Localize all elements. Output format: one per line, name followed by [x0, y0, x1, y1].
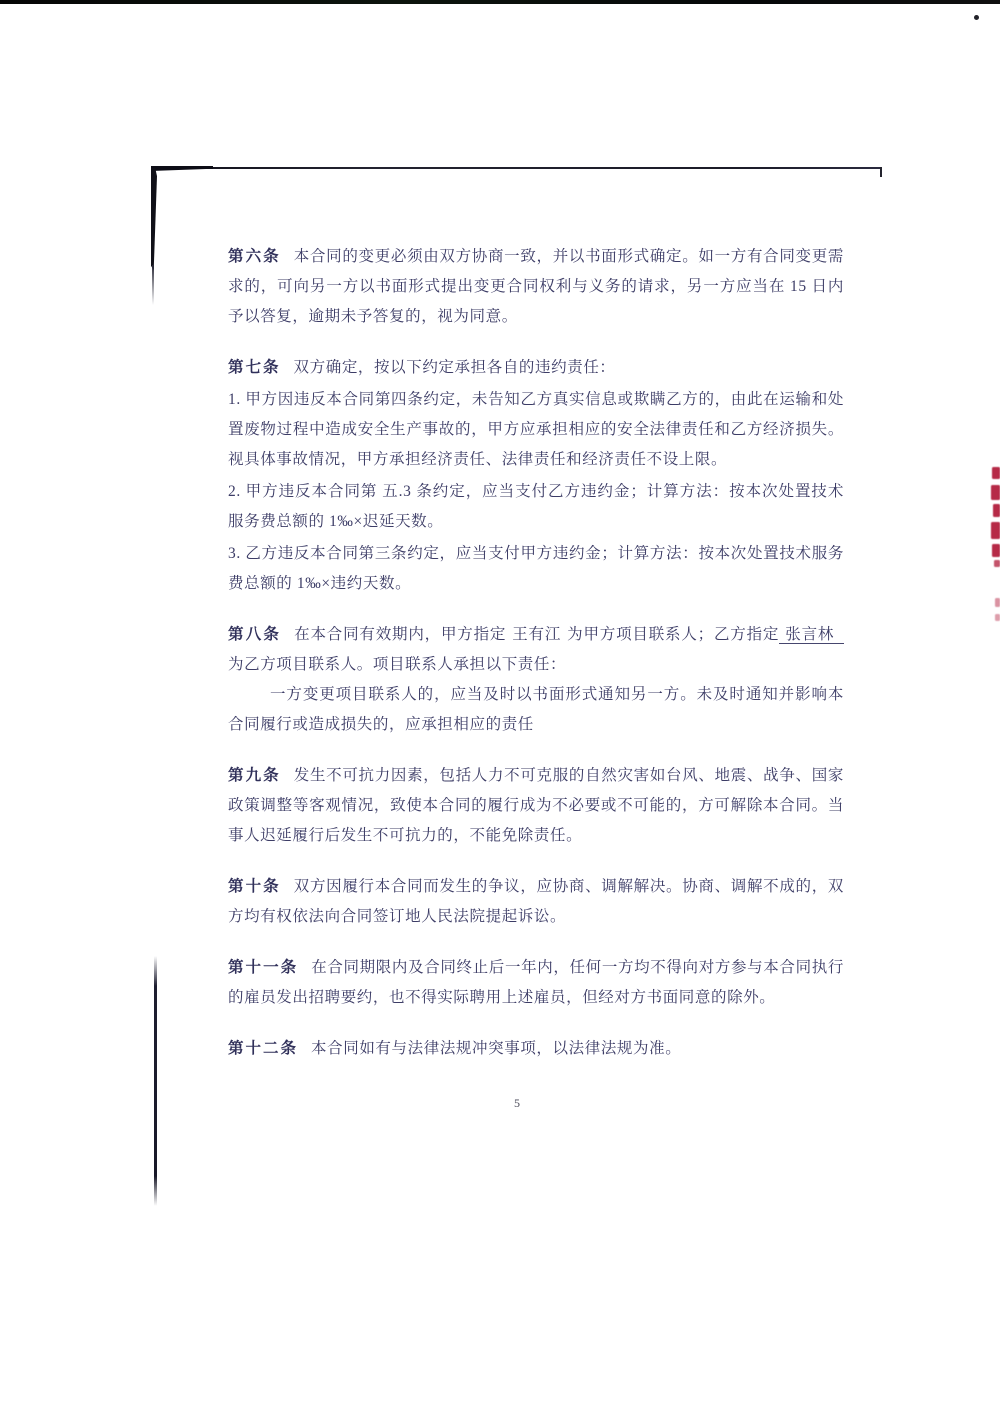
page-number: 5	[514, 1096, 520, 1111]
article-label: 第十条	[228, 878, 281, 895]
clause: 1. 甲方因违反本合同第四条约定，未告知乙方真实信息或欺瞒乙方的，由此在运输和处…	[228, 385, 844, 475]
page-frame-top-thick-segment	[151, 166, 213, 171]
red-stamp-fragment	[994, 560, 1000, 567]
red-stamp-fragments	[988, 0, 1000, 1417]
article-12: 第十二条本合同如有与法律法规冲突事项，以法律法规为准。	[228, 1034, 844, 1064]
red-stamp-fragment	[991, 485, 1000, 500]
contact-name: 王有江	[506, 626, 567, 643]
article-text: 在合同期限内及合同终止后一年内，任何一方均不得向对方参与本合同执行的雇员发出招聘…	[228, 959, 844, 1006]
red-stamp-fragment	[992, 544, 1000, 557]
scan-dust-dot	[974, 15, 979, 20]
red-stamp-fragment	[993, 504, 1000, 517]
red-stamp-fragment	[995, 598, 1000, 607]
scan-edge-strip	[0, 0, 1000, 4]
article-text: 为乙方项目联系人。项目联系人承担以下责任：	[228, 656, 566, 673]
scanned-contract-page: { "page": { "number": "5" }, "contract":…	[0, 0, 1000, 1417]
article-9: 第九条发生不可抗力因素，包括人力不可克服的自然灾害如台风、地震、战争、国家政策调…	[228, 761, 844, 851]
article-10: 第十条双方因履行本合同而发生的争议，应协商、调解解决。协商、调解不成的，双方均有…	[228, 872, 844, 932]
page-frame-left-fade	[152, 265, 154, 305]
article-6: 第六条本合同的变更必须由双方协商一致，并以书面形式确定。如一方有合同变更需求的，…	[228, 242, 844, 332]
page-frame-left-wedge	[151, 168, 157, 270]
clause: 3. 乙方违反本合同第三条约定，应当支付甲方违约金；计算方法：按本次处置技术服务…	[228, 539, 844, 599]
article-11: 第十一条在合同期限内及合同终止后一年内，任何一方均不得向对方参与本合同执行的雇员…	[228, 953, 844, 1013]
article-8: 第八条在本合同有效期内，甲方指定王有江为甲方项目联系人；乙方指定张言林为乙方项目…	[228, 620, 844, 680]
red-stamp-fragment	[992, 467, 1000, 479]
article-label: 第九条	[228, 767, 281, 784]
contact-name: 张言林	[779, 626, 844, 644]
article-text: 双方因履行本合同而发生的争议，应协商、调解解决。协商、调解不成的，双方均有权依法…	[228, 878, 844, 925]
page-frame-top-line	[151, 167, 882, 169]
article-label: 第八条	[228, 626, 281, 643]
article-text: 本合同如有与法律法规冲突事项，以法律法规为准。	[311, 1040, 681, 1057]
article-label: 第十二条	[228, 1040, 298, 1057]
red-stamp-fragment	[991, 522, 1000, 539]
article-label: 第十一条	[228, 959, 298, 976]
article-7: 第七条双方确定，按以下约定承担各自的违约责任：	[228, 353, 844, 383]
article-text: 发生不可抗力因素，包括人力不可克服的自然灾害如台风、地震、战争、国家政策调整等客…	[228, 767, 844, 844]
page-frame-right-tick	[880, 167, 882, 177]
article-text: 为甲方项目联系人；乙方指定	[567, 626, 779, 643]
sub-paragraph: 一方变更项目联系人的，应当及时以书面形式通知另一方。未及时通知并影响本合同履行或…	[228, 680, 844, 740]
article-text: 在本合同有效期内，甲方指定	[294, 626, 506, 643]
page-frame-left-lower-line	[154, 956, 157, 1206]
article-text: 本合同的变更必须由双方协商一致，并以书面形式确定。如一方有合同变更需求的，可向另…	[228, 248, 844, 325]
article-label: 第六条	[228, 248, 281, 265]
clause: 2. 甲方违反本合同第 五.3 条约定，应当支付乙方违约金；计算方法：按本次处置…	[228, 477, 844, 537]
article-text: 双方确定，按以下约定承担各自的违约责任：	[294, 359, 616, 376]
red-stamp-fragment	[995, 614, 1000, 621]
article-label: 第七条	[228, 359, 281, 376]
contract-body: 第六条本合同的变更必须由双方协商一致，并以书面形式确定。如一方有合同变更需求的，…	[228, 242, 844, 1064]
